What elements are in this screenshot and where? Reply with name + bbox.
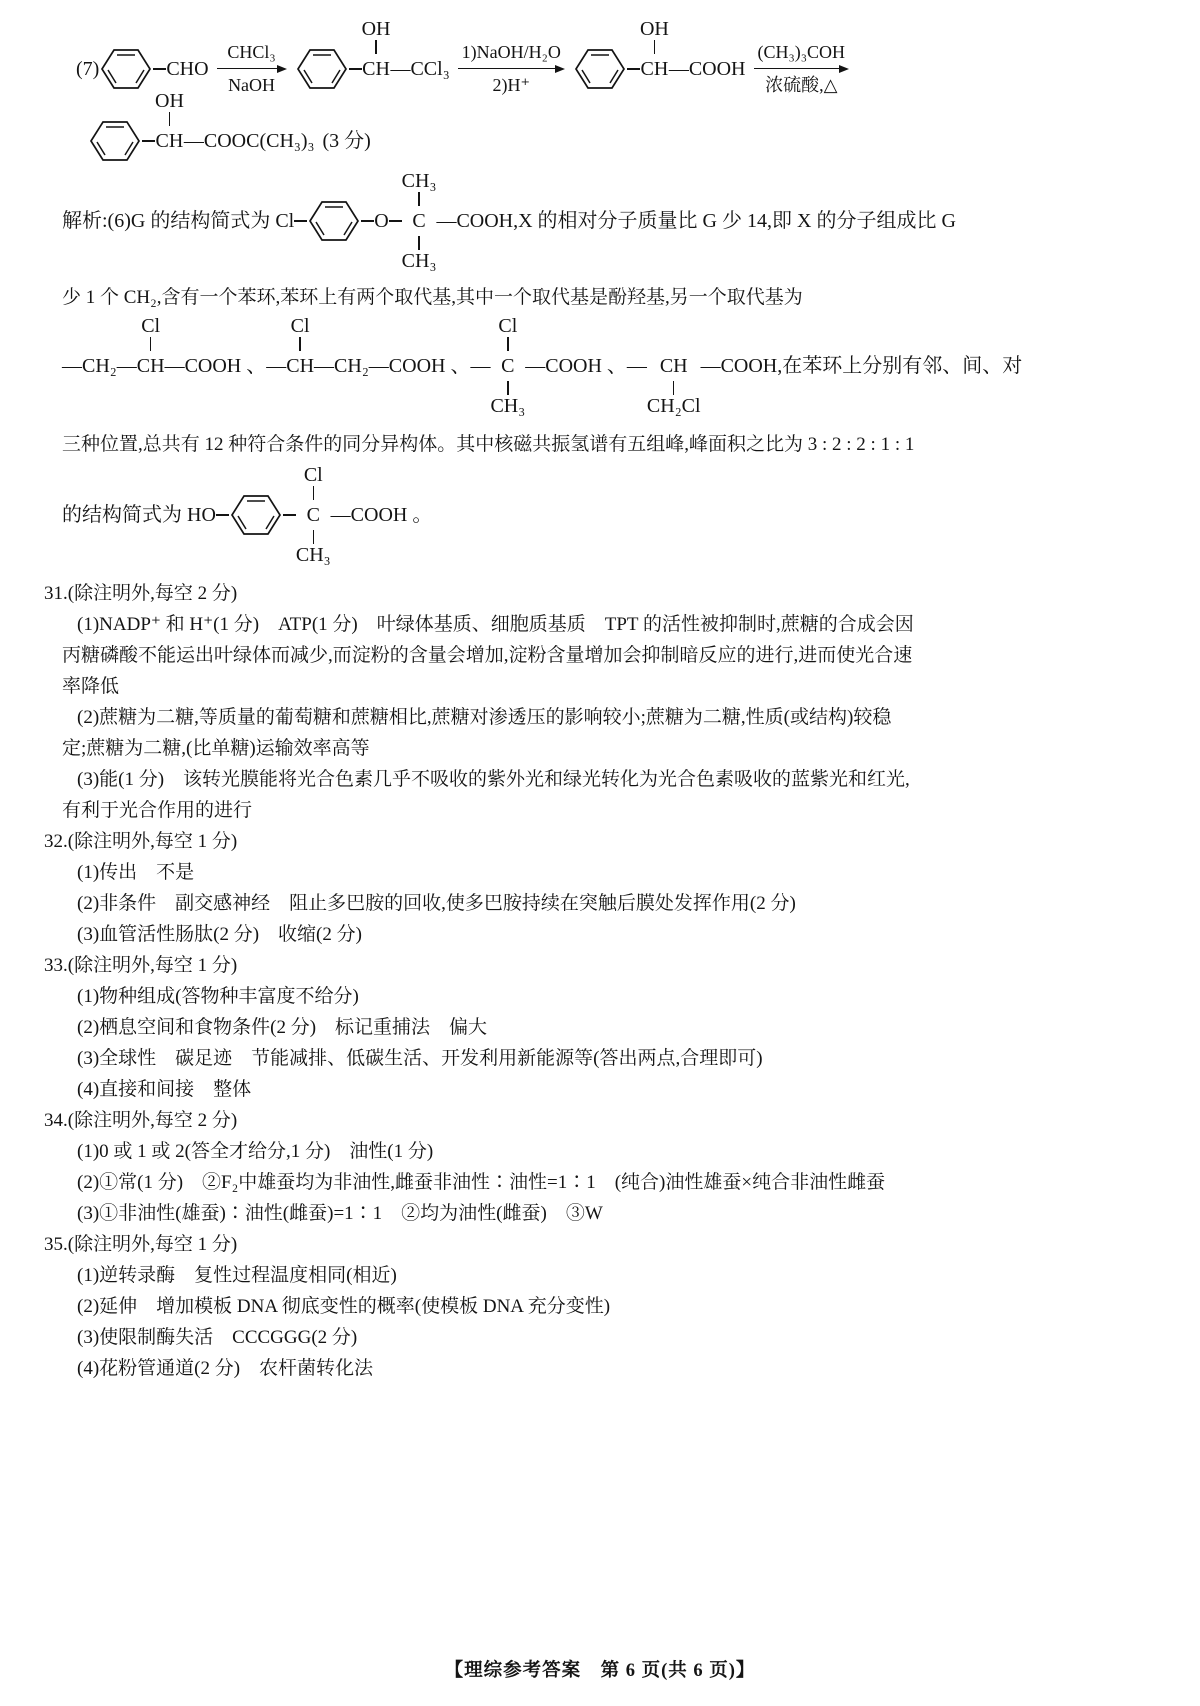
benzene-ring [574, 46, 626, 92]
ch-atom: CH [156, 126, 184, 156]
question-33-header: 33.(除注明外,每空 1 分) [44, 950, 1200, 981]
bond [389, 220, 402, 222]
quaternary-carbon-group: CH₃ C CH₃ [402, 170, 437, 272]
bond [349, 68, 362, 70]
substituent-group: Cl CH [137, 315, 165, 381]
bond [283, 514, 296, 516]
substituent-group: OH CH [362, 18, 391, 84]
ch3-label: CH₃ [402, 250, 437, 272]
formula-cooh: —COOH [669, 54, 746, 84]
answer-line: (4)直接和间接 整体 [77, 1074, 1200, 1105]
oh-label: OH [155, 90, 184, 112]
arrow-reagent-above: CHCl₃ [223, 40, 279, 64]
answer-line: (2)①常(1 分) ②F₂中雄蚕均为非油性,雌蚕非油性∶油性=1∶1 (纯合)… [77, 1167, 1200, 1198]
score-label: (3 分) [323, 126, 371, 156]
answer-line: (2)栖息空间和食物条件(2 分) 标记重捕法 偏大 [77, 1012, 1200, 1043]
chain-fragment: —CH₂— [62, 351, 137, 381]
formula-cho: CHO [166, 54, 208, 84]
arrow-reagent-below: NaOH [224, 73, 279, 97]
benzene-ring [296, 46, 348, 92]
reaction-arrow-1: CHCl₃ NaOH [217, 40, 287, 97]
bond [294, 220, 307, 222]
answer-line: (3)使限制酶失活 CCCGGG(2 分) [77, 1322, 1200, 1353]
bond-vertical [654, 40, 656, 54]
quaternary-carbon-group: Cl C CH₃ [296, 464, 331, 566]
bond-vertical [418, 192, 420, 206]
answer-line: (3)①非油性(雄蚕)∶油性(雌蚕)=1∶1 ②均为油性(雌蚕) ③W [77, 1198, 1200, 1229]
answer-line: (1)物种组成(答物种丰富度不给分) [77, 981, 1200, 1012]
formula-cooh: —COOH [436, 206, 513, 236]
bond [216, 514, 229, 516]
c-atom: C [412, 206, 425, 236]
bond-vertical [150, 337, 152, 351]
ch-atom: CH [286, 351, 314, 381]
answer-line: (1)NADP⁺ 和 H⁺(1 分) ATP(1 分) 叶绿体基质、细胞质基质 … [77, 609, 1200, 640]
substituent-group: OH CH [640, 18, 669, 84]
formula-cooh: —COOH [331, 500, 408, 530]
ch-atom: CH [660, 351, 688, 381]
answers-section: 31.(除注明外,每空 2 分) (1)NADP⁺ 和 H⁺(1 分) ATP(… [0, 578, 1200, 1384]
bond-vertical [313, 486, 315, 500]
quaternary-carbon-group: Cl C CH₃ [490, 315, 525, 417]
ch-atom: CH [137, 351, 165, 381]
formula-ester: —COOC(CH₃)₃ [184, 126, 315, 156]
oxygen-atom: O [374, 206, 388, 236]
analysis-line-2: 少 1 个 CH₂,含有一个苯环,苯环上有两个取代基,其中一个取代基是酚羟基,另… [62, 282, 1200, 313]
answer-line: (2)蔗糖为二糖,等质量的葡萄糖和蔗糖相比,蔗糖对渗透压的影响较小;蔗糖为二糖,… [77, 702, 1200, 733]
bond-vertical [313, 530, 315, 544]
arrow-reagent-above: (CH₃)₃COH [754, 40, 850, 64]
substituent-group-below: CH CH₂Cl [647, 351, 701, 417]
iso-suffix: 。 [407, 500, 432, 530]
ch-atom: CH [640, 54, 668, 84]
answer-line: 率降低 [62, 671, 1200, 702]
chain-fragment: —COOH 、 [525, 351, 627, 381]
formula-ccl3: —CCl₃ [390, 54, 449, 84]
chain-fragment: —CH₂—COOH 、 [314, 351, 470, 381]
question-32-header: 32.(除注明外,每空 1 分) [44, 826, 1200, 857]
nmr-isomer-row: 的结构简式为 HO Cl C CH₃ —COOH 。 [62, 464, 1200, 530]
bond [153, 68, 166, 70]
chain-fragment: — [470, 351, 490, 381]
page-footer: 【理综参考答案 第 6 页(共 6 页)】 [0, 1656, 1200, 1682]
answer-line: 丙糖磷酸不能运出叶绿体而减少,而淀粉的含量会增加,淀粉含量增加会抑制暗反应的进行… [62, 640, 1200, 671]
arrow-reagent-below: 2)H⁺ [489, 73, 535, 97]
ch3-label: CH₃ [490, 395, 525, 417]
question-35-header: 35.(除注明外,每空 1 分) [44, 1229, 1200, 1260]
chain-row-suffix: ,在苯环上分别有邻、间、对 [777, 351, 1022, 381]
answer-line: 定;蔗糖为二糖,(比单糖)运输效率高等 [62, 733, 1200, 764]
benzene-ring [230, 492, 282, 538]
reaction-scheme-row-1: (7) CHO CHCl₃ NaOH OH CH —CCl₃ 1)NaOH/H₂… [76, 18, 1200, 84]
bond-vertical [299, 337, 301, 351]
answer-line: (4)花粉管通道(2 分) 农杆菌转化法 [77, 1353, 1200, 1384]
oh-label: OH [362, 18, 391, 40]
isomer-chain-row: —CH₂— Cl CH —COOH 、 — Cl CH —CH₂—COOH 、 … [62, 315, 1200, 381]
arrow-shaft-icon [458, 64, 565, 73]
benzene-ring [100, 46, 152, 92]
ch-atom: CH [362, 54, 390, 84]
analysis-line-3: 三种位置,总共有 12 种符合条件的同分异构体。其中核磁共振氢谱有五组峰,峰面积… [62, 429, 1200, 460]
bond-vertical [418, 236, 420, 250]
cl-label: Cl [291, 315, 310, 337]
cl-label: Cl [304, 464, 323, 486]
c-atom: C [501, 351, 514, 381]
bond-vertical [673, 381, 675, 395]
bond-vertical [507, 381, 509, 395]
bond-vertical [169, 112, 171, 126]
arrow-shaft-icon [754, 64, 850, 73]
bond-vertical [375, 40, 377, 54]
question-31-header: 31.(除注明外,每空 2 分) [44, 578, 1200, 609]
chain-fragment: — [627, 351, 647, 381]
bond [361, 220, 374, 222]
substituent-group: OH CH [155, 90, 184, 156]
reaction-arrow-3: (CH₃)₃COH 浓硫酸,△ [754, 40, 850, 97]
benzene-ring [89, 118, 141, 164]
ch3-label: CH₃ [296, 544, 331, 566]
ch2cl-label: CH₂Cl [647, 395, 701, 417]
reaction-label: (7) [76, 54, 99, 84]
answer-line: (2)延伸 增加模板 DNA 彻底变性的概率(使模板 DNA 充分变性) [77, 1291, 1200, 1322]
answer-line: (2)非条件 副交感神经 阻止多巴胺的回收,使多巴胺持续在突触后膜处发挥作用(2… [77, 888, 1200, 919]
question-34-header: 34.(除注明外,每空 2 分) [44, 1105, 1200, 1136]
iso-prefix: 的结构简式为 HO [62, 500, 216, 530]
analysis-suffix: ,X 的相对分子质量比 G 少 14,即 X 的分子组成比 G [513, 206, 956, 236]
substituent-group: Cl CH [286, 315, 314, 381]
analysis-g-structure-row: 解析:(6)G 的结构简式为 Cl O CH₃ C CH₃ —COOH ,X 的… [62, 170, 1200, 236]
benzene-ring [308, 198, 360, 244]
cl-label: Cl [498, 315, 517, 337]
reaction-scheme-row-2: OH CH —COOC(CH₃)₃ (3 分) [88, 90, 1200, 156]
bond-vertical [507, 337, 509, 351]
chain-fragment: —COOH 、 [165, 351, 267, 381]
arrow-reagent-below: 浓硫酸,△ [761, 73, 841, 97]
cl-label: Cl [141, 315, 160, 337]
ch3-label: CH₃ [402, 170, 437, 192]
answer-line: (1)传出 不是 [77, 857, 1200, 888]
c-atom: C [307, 500, 320, 530]
chain-fragment: — [266, 351, 286, 381]
answer-line: (3)全球性 碳足迹 节能减排、低碳生活、开发利用新能源等(答出两点,合理即可) [77, 1043, 1200, 1074]
oh-label: OH [640, 18, 669, 40]
bond [142, 140, 155, 142]
arrow-reagent-above: 1)NaOH/H₂O [458, 40, 565, 64]
chain-fragment: —COOH [701, 351, 778, 381]
answer-line: (1)逆转录酶 复性过程温度相同(相近) [77, 1260, 1200, 1291]
arrow-shaft-icon [217, 64, 287, 73]
analysis-prefix: 解析:(6)G 的结构简式为 Cl [62, 206, 294, 236]
answer-line: (3)血管活性肠肽(2 分) 收缩(2 分) [77, 919, 1200, 950]
answer-line: (1)0 或 1 或 2(答全才给分,1 分) 油性(1 分) [77, 1136, 1200, 1167]
reaction-arrow-2: 1)NaOH/H₂O 2)H⁺ [458, 40, 565, 97]
answer-line: 有利于光合作用的进行 [62, 795, 1200, 826]
exam-answer-page: (7) CHO CHCl₃ NaOH OH CH —CCl₃ 1)NaOH/H₂… [0, 0, 1200, 1706]
bond [627, 68, 640, 70]
answer-line: (3)能(1 分) 该转光膜能将光合色素几乎不吸收的紫外光和绿光转化为光合色素吸… [77, 764, 1200, 795]
